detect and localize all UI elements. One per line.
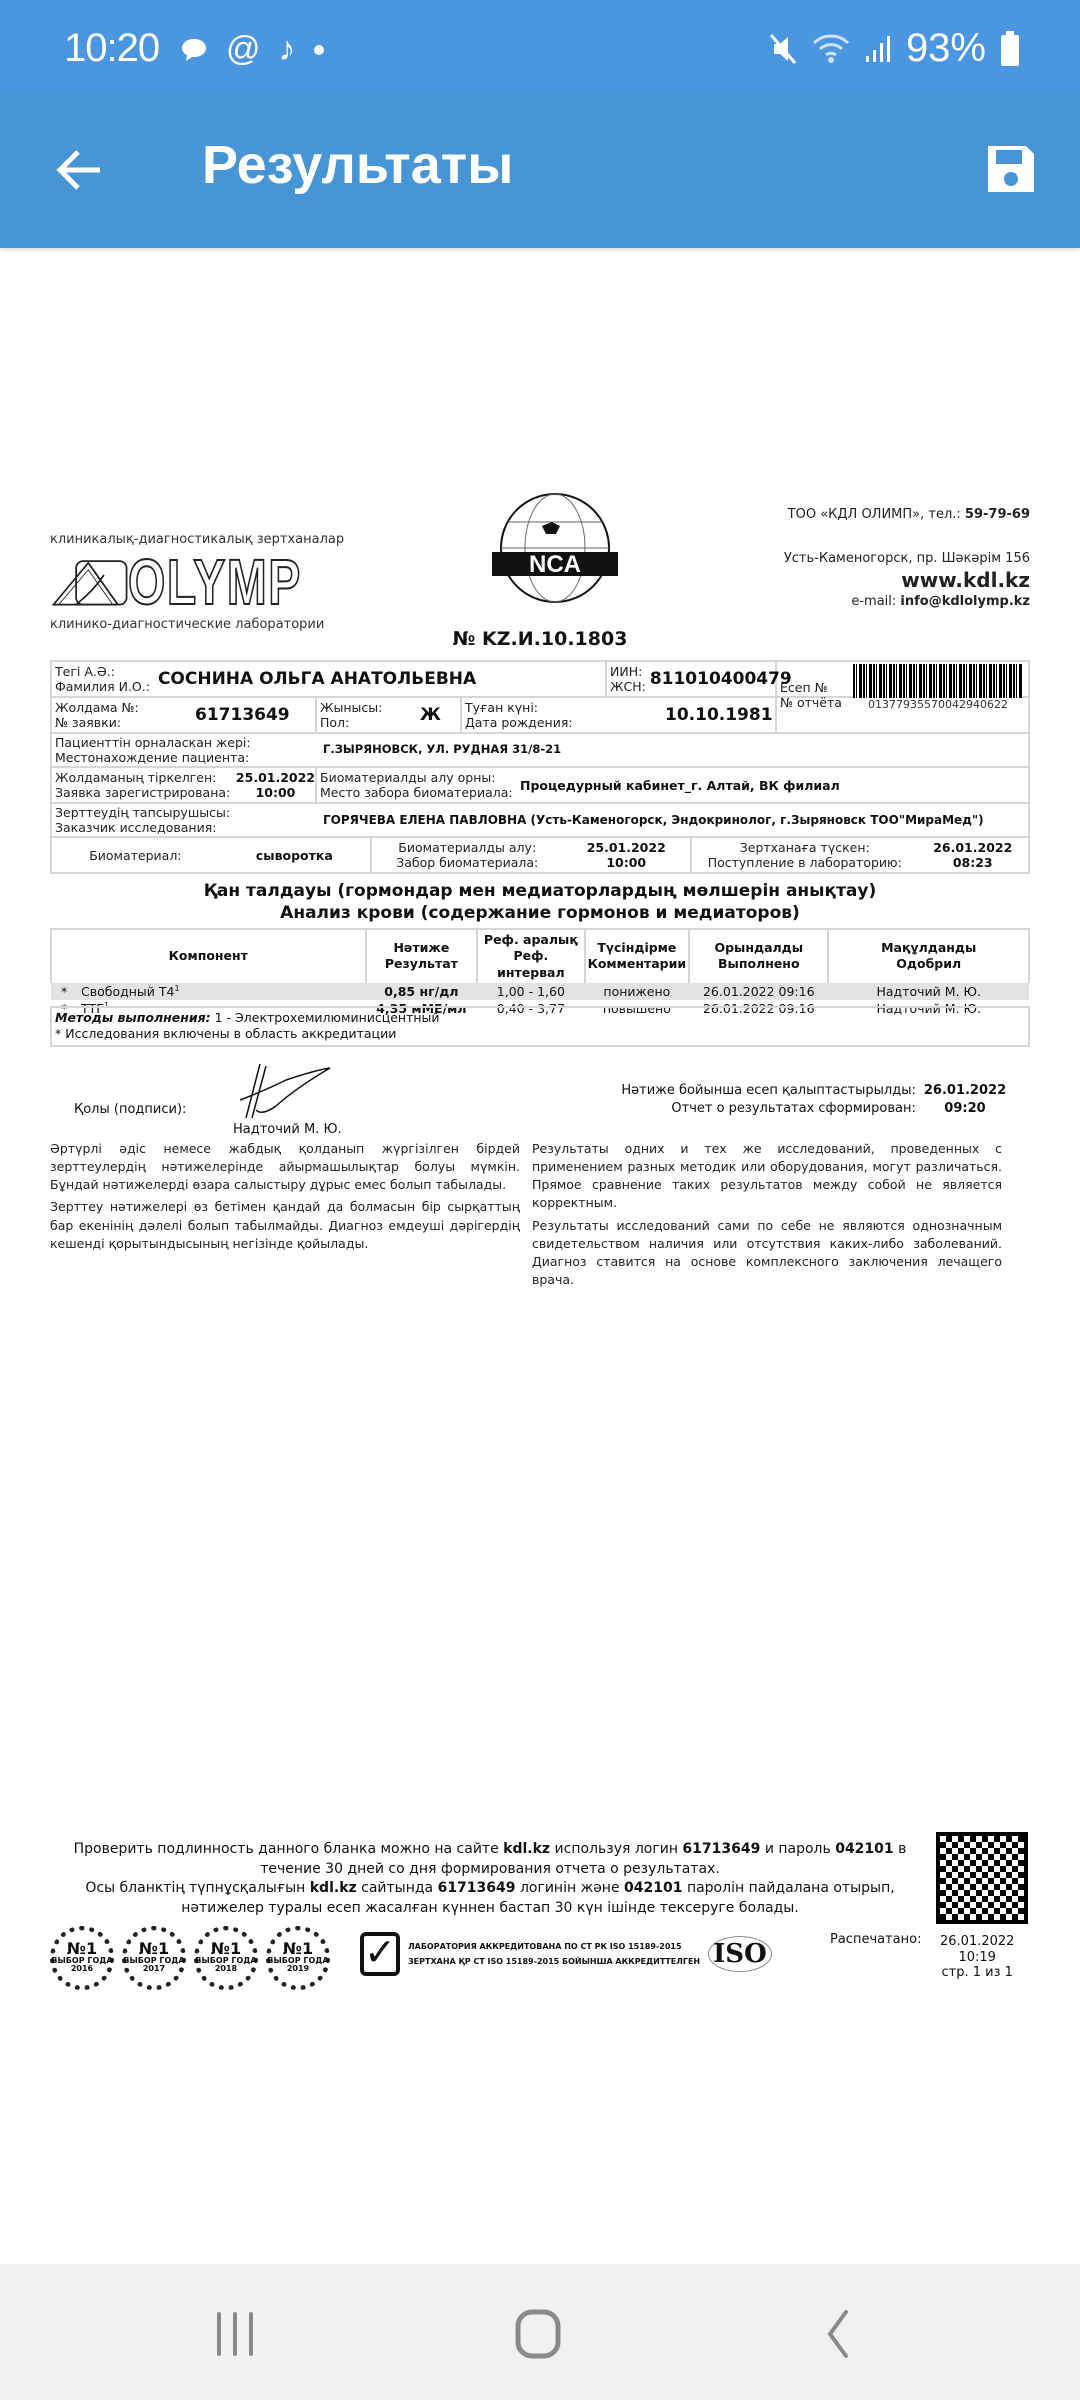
registered-date: 25.01.2022 (236, 770, 315, 785)
registered-time: 10:00 (236, 785, 315, 800)
analysis-title: Қан талдауы (гормондар мен медиаторларды… (50, 880, 1030, 924)
nav-back-button[interactable] (810, 2304, 870, 2364)
signal-icon (864, 34, 892, 64)
back-button[interactable] (50, 140, 110, 200)
patient-location: Г.ЗЫРЯНОВСК, УЛ. РУДНАЯ 31/8-21 (323, 743, 561, 757)
at-sign-icon: @ (226, 30, 261, 69)
results-header-2: Реф. аралықРеф. интервал (477, 929, 584, 983)
results-header-4: ОрындалдыВыполнено (689, 929, 828, 983)
report-formed: Нәтиже бойынша есеп қалыптастырылды: 26.… (621, 1082, 1010, 1117)
svg-text:NCA: NCA (529, 551, 581, 578)
disclaimer-ru: Результаты одних и тех же исследований, … (532, 1140, 1002, 1293)
chat-bubble-icon (180, 37, 208, 63)
report-number: 01377935570042940622 (853, 698, 1023, 711)
verify-instructions: Проверить подлинность данного бланка мож… (50, 1840, 930, 1918)
floppy-disk-icon (984, 142, 1038, 196)
sampling-date: 25.01.2022 (587, 840, 666, 855)
page-title: Результаты (202, 134, 513, 196)
back-icon (810, 2304, 870, 2364)
patient-grid: Тегі А.Ә.:Фамилия И.О.: СОСНИНА ОЛЬГА АН… (50, 660, 1030, 874)
results-header-1: НәтижеРезультат (366, 929, 478, 983)
disclaimer-kz: Әртүрлі әдіс немесе жабдық қолданып жүрг… (50, 1140, 520, 1257)
received-date: 26.01.2022 (933, 840, 1012, 855)
dot-icon (314, 45, 324, 55)
patient-iin: 811010400479 (650, 669, 792, 689)
results-table: КомпонентНәтижеРезультатРеф. аралықРеф. … (50, 928, 1030, 1017)
battery-icon (1000, 31, 1020, 67)
order-number: 61713649 (195, 705, 290, 725)
website-link[interactable]: www.kdl.kz (730, 569, 1030, 591)
award-badges: №1ВЫБОР ГОДА2016№1ВЫБОР ГОДА2017№1ВЫБОР … (50, 1926, 330, 1990)
qr-code (936, 1832, 1028, 1924)
mute-icon (768, 32, 798, 66)
printed-info: 26.01.2022 10:19 стр. 1 из 1 (940, 1934, 1014, 1981)
award-badge-2019: №1ВЫБОР ГОДА2019 (266, 1926, 330, 1990)
email-link[interactable]: info@kdlolymp.kz (900, 594, 1030, 609)
arrow-left-icon (50, 140, 110, 200)
award-badge-2016: №1ВЫБОР ГОДА2016 (50, 1926, 114, 1990)
company-info: ТОО «КДЛ ОЛИМП», тел.: 59-79-69 Усть-Кам… (730, 508, 1030, 609)
results-header-3: ТүсіндірмеКомментарии (585, 929, 690, 983)
app-bar: Результаты (0, 90, 1080, 248)
award-badge-2018: №1ВЫБОР ГОДА2018 (194, 1926, 258, 1990)
checkmark-icon: ✓ (360, 1932, 400, 1976)
table-row: *Свободный Т410,85 нг/дл1,00 - 1,60пониж… (51, 983, 1029, 1000)
status-bar: 10:20 @ ♪ 93% (0, 0, 1080, 90)
patient-name: СОСНИНА ОЛЬГА АНАТОЛЬЕВНА (158, 669, 476, 689)
tiktok-icon: ♪ (279, 30, 296, 69)
olymp-logo: клиникалық-диагностикалық зертханалар OL… (50, 532, 360, 632)
printed-label: Распечатано: (830, 1932, 921, 1947)
home-button[interactable] (508, 2304, 568, 2364)
signer-name: Надточий М. Ю. (233, 1122, 342, 1137)
iso-logo: ISO (708, 1936, 772, 1972)
sampling-time: 10:00 (587, 855, 666, 870)
biomaterial: сыворотка (256, 848, 333, 863)
signature-section: Қолы (подписи): Надточий М. Ю. Нәтиже бо… (50, 1060, 1030, 1140)
methods-box: Методы выполнения: 1 - Электрохемилюмини… (50, 1006, 1030, 1047)
results-header-0: Компонент (51, 929, 366, 983)
recent-apps-icon (205, 2304, 265, 2364)
sampling-place: Процедурный кабинет_г. Алтай, ВК филиал (520, 778, 840, 793)
wifi-icon (812, 33, 850, 65)
home-icon (508, 2304, 568, 2364)
received-time: 08:23 (933, 855, 1012, 870)
nca-globe-logo: NCA (490, 492, 620, 604)
battery-percent: 93% (906, 26, 986, 71)
accreditation-block: ✓ ЛАБОРАТОРИЯ АККРЕДИТОВАНА ПО СТ РК ISO… (360, 1932, 772, 1976)
customer: ГОРЯЧЕВА ЕЛЕНА ПАВЛОВНА (Усть-Каменогорс… (323, 813, 984, 827)
triangle-logo-icon (50, 552, 128, 612)
patient-sex: Ж (420, 705, 441, 725)
system-nav-bar (0, 2264, 1080, 2400)
award-badge-2017: №1ВЫБОР ГОДА2017 (122, 1926, 186, 1990)
status-time: 10:20 (64, 26, 159, 71)
report-barcode (853, 664, 1023, 698)
signature-image (226, 1060, 336, 1120)
save-button[interactable] (984, 142, 1038, 196)
certificate-number: № KZ.И.10.1803 (50, 628, 1030, 650)
recent-apps-button[interactable] (205, 2304, 265, 2364)
lab-report-document: клиникалық-диагностикалық зертханалар OL… (50, 480, 1030, 2000)
patient-dob: 10.10.1981 (665, 705, 773, 725)
results-header-5: МақұлдандыОдобрил (828, 929, 1029, 983)
